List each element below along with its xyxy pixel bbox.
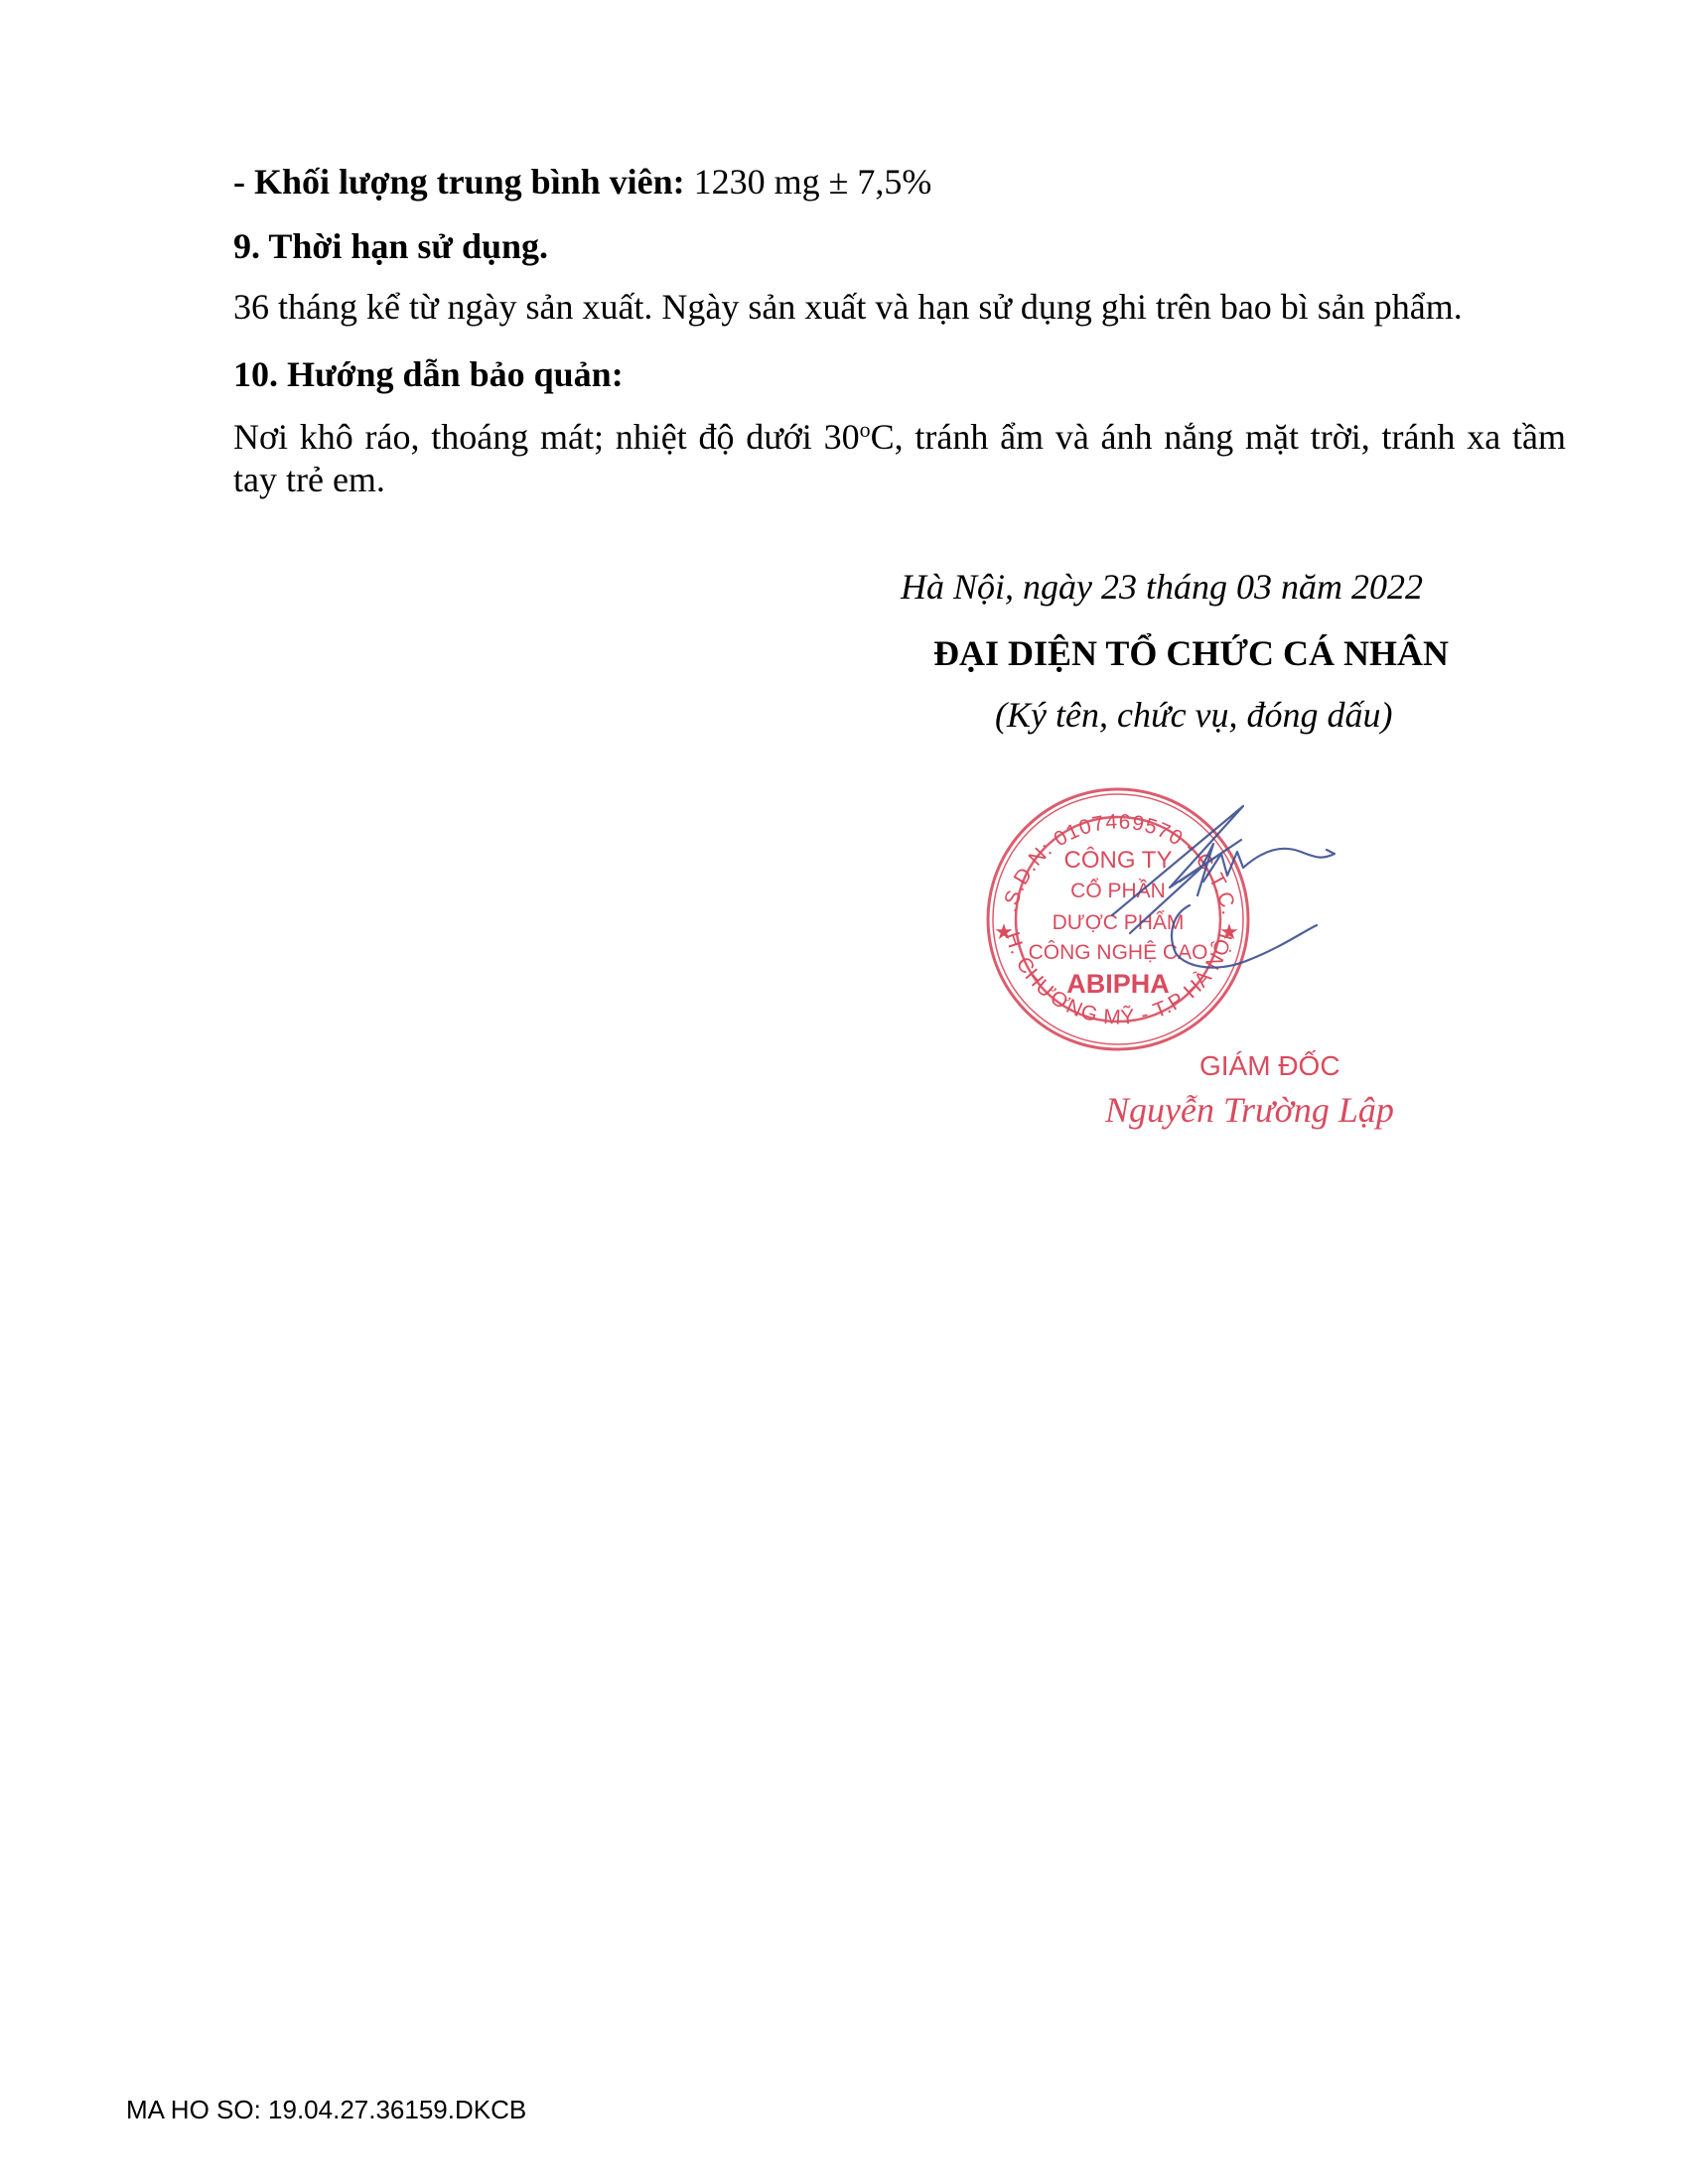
company-stamp-and-signature: M.S.D.N: 0107469570 - C.T.C.P H. CHƯƠNG …	[953, 764, 1489, 1171]
tablet-weight-label: - Khối lượng trung bình viên:	[233, 162, 685, 202]
svg-text:DƯỢC PHẨM: DƯỢC PHẨM	[1053, 911, 1185, 934]
svg-text:★: ★	[1219, 919, 1239, 944]
place-and-date: Hà Nội, ngày 23 tháng 03 năm 2022	[901, 566, 1423, 609]
svg-text:ABIPHA: ABIPHA	[1066, 969, 1170, 999]
svg-text:GIÁM ĐỐC: GIÁM ĐỐC	[1199, 1049, 1340, 1081]
section-10-heading: 10. Hướng dẫn bảo quản:	[233, 353, 624, 396]
section-9-body: 36 tháng kể từ ngày sản xuất. Ngày sản x…	[233, 286, 1463, 329]
svg-text:★: ★	[994, 919, 1014, 944]
signature-instruction: (Ký tên, chức vụ, đóng dấu)	[995, 694, 1393, 737]
stamp-seal-icon: M.S.D.N: 0107469570 - C.T.C.P H. CHƯƠNG …	[953, 764, 1489, 1171]
svg-text:CÔNG TY: CÔNG TY	[1064, 846, 1173, 874]
svg-text:CÔNG NGHỆ CAO: CÔNG NGHỆ CAO	[1029, 941, 1208, 964]
document-page: - Khối lượng trung bình viên: 1230 mg ± …	[0, 0, 1688, 2184]
svg-text:Nguyễn Trường Lập: Nguyễn Trường Lập	[1104, 1090, 1394, 1130]
section-10-body: Nơi khô ráo, thoáng mát; nhiệt độ dưới 3…	[233, 416, 1566, 501]
record-code-footer: MA HO SO: 19.04.27.36159.DKCB	[126, 2095, 526, 2124]
signature-block-title: ĐẠI DIỆN TỔ CHỨC CÁ NHÂN	[933, 632, 1449, 675]
tablet-weight-value: 1230 mg ± 7,5%	[694, 162, 932, 202]
degree-superscript: o	[860, 417, 871, 442]
section-9-heading: 9. Thời hạn sử dụng.	[233, 225, 548, 268]
tablet-weight-line: - Khối lượng trung bình viên: 1230 mg ± …	[233, 161, 931, 204]
storage-text-part-1: Nơi khô ráo, thoáng mát; nhiệt độ dưới 3…	[233, 417, 860, 457]
